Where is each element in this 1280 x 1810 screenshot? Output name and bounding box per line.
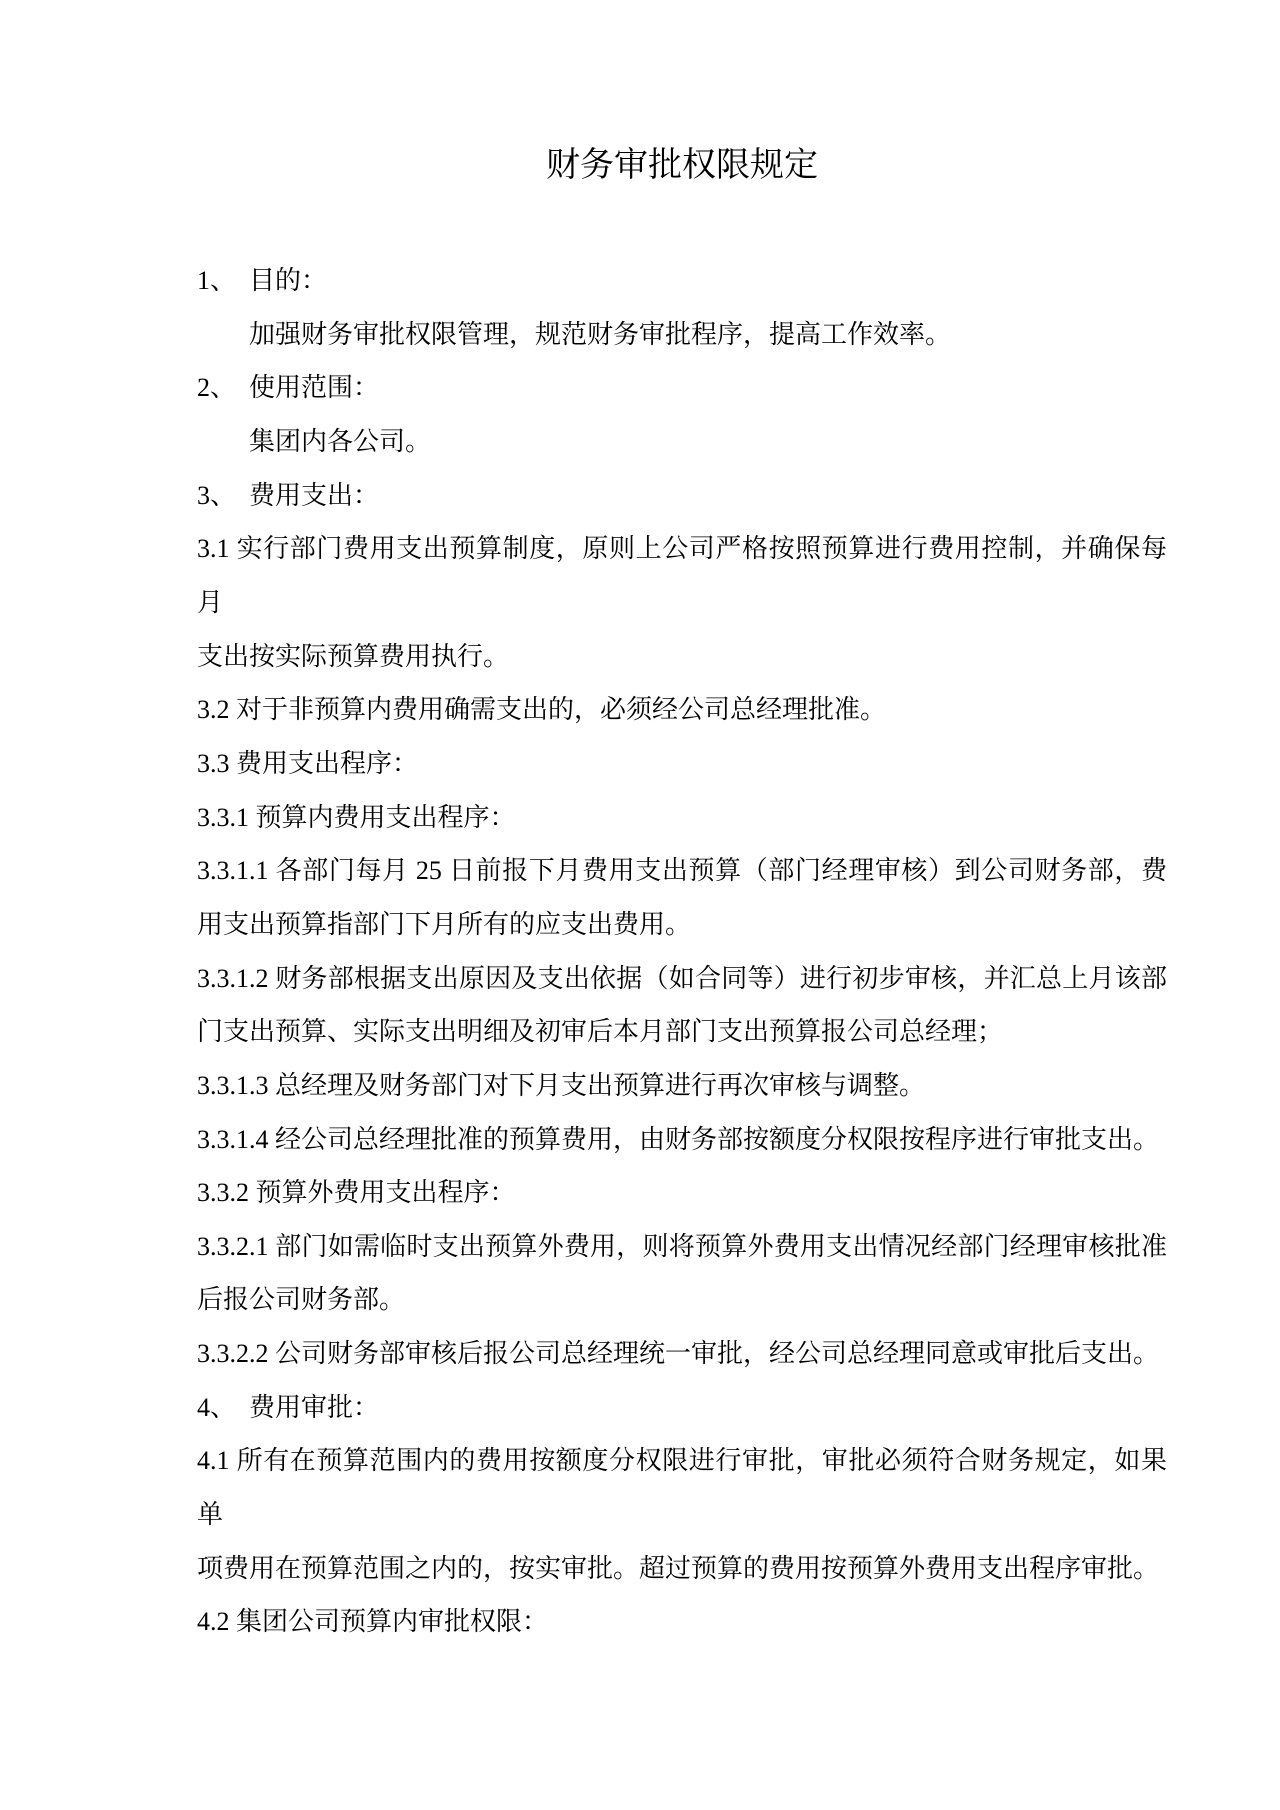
document-line: 4.2 集团公司预算内审批权限： (197, 1595, 1167, 1649)
document-page: 财务审批权限规定 1、 目的： 加强财务审批权限管理，规范财务审批程序，提高工作… (0, 0, 1280, 1810)
document-line: 3.3.1 预算内费用支出程序： (197, 791, 1167, 845)
document-body: 1、 目的： 加强财务审批权限管理，规范财务审批程序，提高工作效率。2、 使用范… (197, 254, 1167, 1649)
document-line: 3.3.1.3 总经理及财务部门对下月支出预算进行再次审核与调整。 (197, 1059, 1167, 1113)
document-line: 3.2 对于非预算内费用确需支出的，必须经公司总经理批准。 (197, 683, 1167, 737)
document-line: 3.3 费用支出程序： (197, 737, 1167, 791)
document-line: 4.1 所有在预算范围内的费用按额度分权限进行审批，审批必须符合财务规定，如果单 (197, 1434, 1167, 1541)
document-line: 3.3.2.2 公司财务部审核后报公司总经理统一审批，经公司总经理同意或审批后支… (197, 1327, 1167, 1381)
document-line: 4、 费用审批： (197, 1381, 1167, 1435)
document-line: 3.3.1.1 各部门每月 25 日前报下月费用支出预算（部门经理审核）到公司财… (197, 844, 1167, 898)
document-line: 用支出预算指部门下月所有的应支出费用。 (197, 898, 1167, 952)
document-line: 3.1 实行部门费用支出预算制度，原则上公司严格按照预算进行费用控制，并确保每月 (197, 522, 1167, 629)
document-line: 1、 目的： (197, 254, 1167, 308)
document-line: 3、 费用支出： (197, 469, 1167, 523)
document-line: 3.3.1.4 经公司总经理批准的预算费用，由财务部按额度分权限按程序进行审批支… (197, 1113, 1167, 1167)
document-line: 门支出预算、实际支出明细及初审后本月部门支出预算报公司总经理； (197, 1005, 1167, 1059)
document-line: 后报公司财务部。 (197, 1273, 1167, 1327)
document-line: 3.3.1.2 财务部根据支出原因及支出依据（如合同等）进行初步审核，并汇总上月… (197, 952, 1167, 1006)
document-line: 3.3.2 预算外费用支出程序： (197, 1166, 1167, 1220)
document-line: 支出按实际预算费用执行。 (197, 630, 1167, 684)
document-line: 加强财务审批权限管理，规范财务审批程序，提高工作效率。 (197, 308, 1167, 362)
document-line: 项费用在预算范围之内的，按实审批。超过预算的费用按预算外费用支出程序审批。 (197, 1542, 1167, 1596)
document-line: 集团内各公司。 (197, 415, 1167, 469)
document-title: 财务审批权限规定 (197, 141, 1167, 191)
document-line: 2、 使用范围： (197, 361, 1167, 415)
document-line: 3.3.2.1 部门如需临时支出预算外费用，则将预算外费用支出情况经部门经理审核… (197, 1220, 1167, 1274)
